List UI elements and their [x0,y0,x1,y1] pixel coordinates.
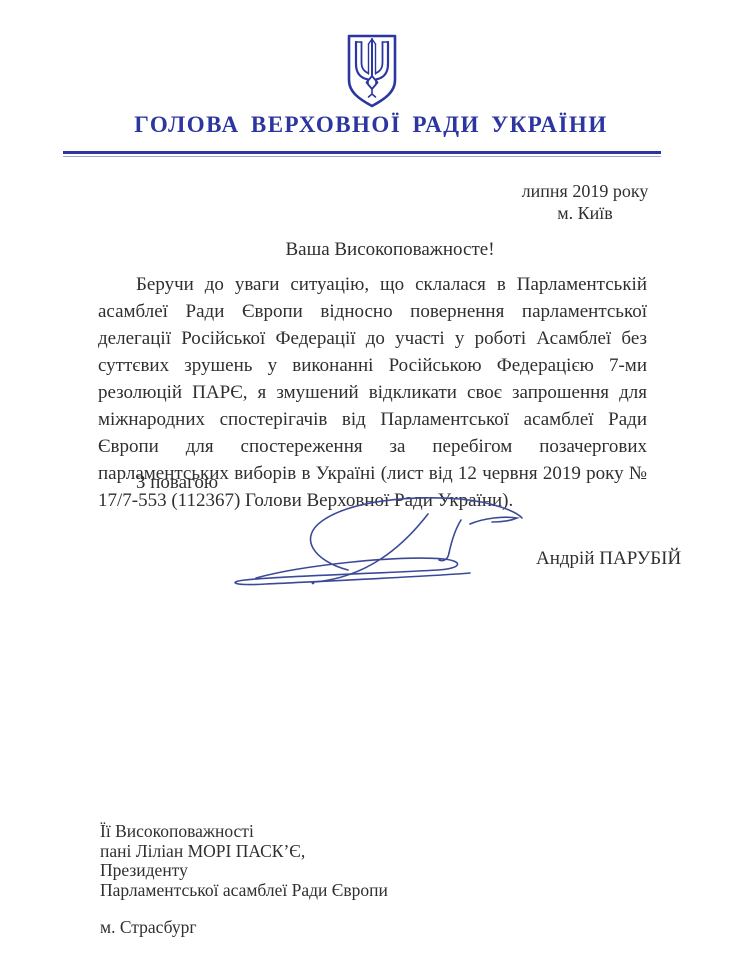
addressee-city: м. Страсбург [100,918,388,938]
dateline: липня 2019 року м. Київ [440,180,730,224]
signature-icon [218,490,540,590]
place-text: м. Київ [440,202,730,224]
addressee-line: Президенту [100,861,388,881]
letterhead-title: ГОЛОВА ВЕРХОВНОЇ РАДИ УКРАЇНИ [0,112,742,138]
addressee-line: Її Високоповажності [100,822,388,842]
date-text: липня 2019 року [440,180,730,202]
letterhead-rule [63,151,661,157]
addressee-line: Парламентської асамблеї Ради Європи [100,881,388,901]
letter-page: ГОЛОВА ВЕРХОВНОЇ РАДИ УКРАЇНИ липня 2019… [0,0,742,960]
signer-name: Андрій ПАРУБІЙ [536,548,681,570]
valediction: З повагою [136,472,218,494]
addressee-block: Її Високоповажності пані Ліліан МОРІ ПАС… [100,822,388,938]
salutation: Ваша Високоповажносте! [110,239,670,261]
coat-of-arms-icon [341,33,403,109]
addressee-line: пані Ліліан МОРІ ПАСК’Є, [100,842,388,862]
